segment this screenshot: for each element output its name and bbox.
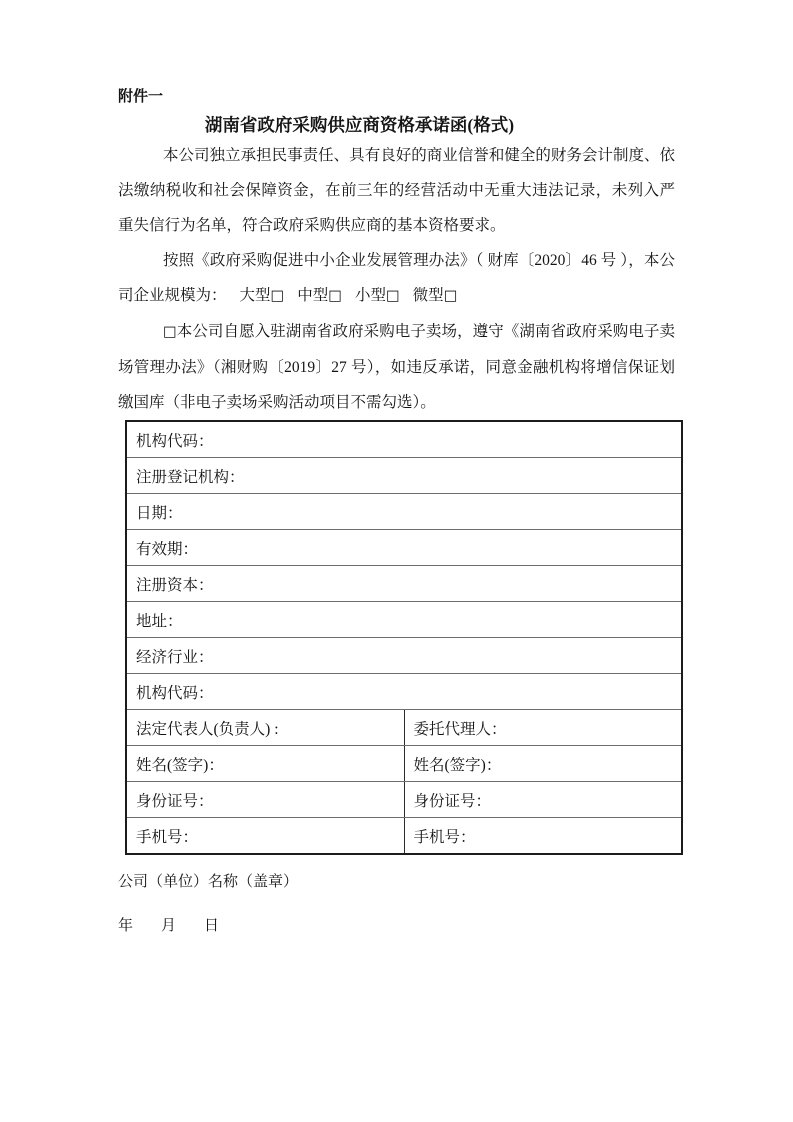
date-day-label: 日 [204,918,219,934]
cell-address: 地址： [126,602,682,638]
scale-option-large-label: 大型 [240,287,271,304]
table-row: 姓名(签字)： 姓名(签字)： [126,746,682,782]
table-row: 注册登记机构： [126,458,682,494]
document-page: 附件一 湖南省政府采购供应商资格承诺函(格式) 本公司独立承担民事责任、具有良好… [0,0,793,1122]
cell-org-code: 机构代码： [126,421,682,458]
table-row: 法定代表人(负责人) : 委托代理人： [126,710,682,746]
scale-option-micro-label: 微型 [413,287,444,304]
checkbox-icon-medium[interactable]: □ [328,288,342,304]
date-year-label: 年 [118,918,133,934]
date-month-label: 月 [161,918,176,934]
cell-id-number-right: 身份证号： [404,782,682,818]
paragraph-enterprise-scale: 按照《政府采购促进中小企业发展管理办法》（ 财库〔2020〕46 号 ），本公司… [118,243,675,314]
paragraph-basic-qualification: 本公司独立承担民事责任、具有良好的商业信誉和健全的财务会计制度、依法缴纳税收和社… [118,138,675,243]
table-row: 经济行业： [126,638,682,674]
cell-name-signature-right: 姓名(签字)： [404,746,682,782]
scale-option-small-label: 小型 [355,287,386,304]
checkbox-icon-micro[interactable]: □ [444,288,458,304]
table-row: 机构代码： [126,674,682,710]
cell-economic-industry: 经济行业： [126,638,682,674]
date-line: 年月日 [118,917,675,935]
cell-mobile-number-left: 手机号： [126,818,404,855]
attachment-label: 附件一 [118,88,675,106]
table-row: 注册资本： [126,566,682,602]
table-row: 手机号： 手机号： [126,818,682,855]
cell-mobile-number-right: 手机号： [404,818,682,855]
table-row: 日期： [126,494,682,530]
cell-id-number-left: 身份证号： [126,782,404,818]
scale-option-small: 小型□ [355,287,400,304]
scale-option-large: 大型□ [240,287,285,304]
table-row: 身份证号： 身份证号： [126,782,682,818]
cell-legal-representative: 法定代表人(负责人) : [126,710,404,746]
cell-date: 日期： [126,494,682,530]
table-row: 地址： [126,602,682,638]
table-row: 有效期： [126,530,682,566]
cell-registration-authority: 注册登记机构： [126,458,682,494]
cell-org-code-2: 机构代码： [126,674,682,710]
checkbox-icon-small[interactable]: □ [386,288,400,304]
table-row: 机构代码： [126,421,682,458]
checkbox-icon-marketplace-optin[interactable]: □ [163,324,177,340]
document-title: 湖南省政府采购供应商资格承诺函(格式) [118,112,601,138]
cell-registered-capital: 注册资本： [126,566,682,602]
scale-option-medium-label: 中型 [297,287,328,304]
supplier-info-table: 机构代码： 注册登记机构： 日期： 有效期： 注册资本： 地址： 经济行业： 机… [125,420,683,855]
cell-validity-period: 有效期： [126,530,682,566]
marketplace-commitment-text: 本公司自愿入驻湖南省政府采购电子卖场，遵守《湖南省政府采购电子卖场管理办法》（湘… [118,323,675,411]
cell-name-signature-left: 姓名(签字)： [126,746,404,782]
company-seal-line: 公司（单位）名称（盖章） [118,873,675,891]
cell-authorized-agent: 委托代理人： [404,710,682,746]
scale-option-medium: 中型□ [297,287,342,304]
checkbox-icon-large[interactable]: □ [271,288,285,304]
paragraph-marketplace-commitment: □本公司自愿入驻湖南省政府采购电子卖场，遵守《湖南省政府采购电子卖场管理办法》（… [118,314,675,420]
scale-option-micro: 微型□ [413,287,458,304]
